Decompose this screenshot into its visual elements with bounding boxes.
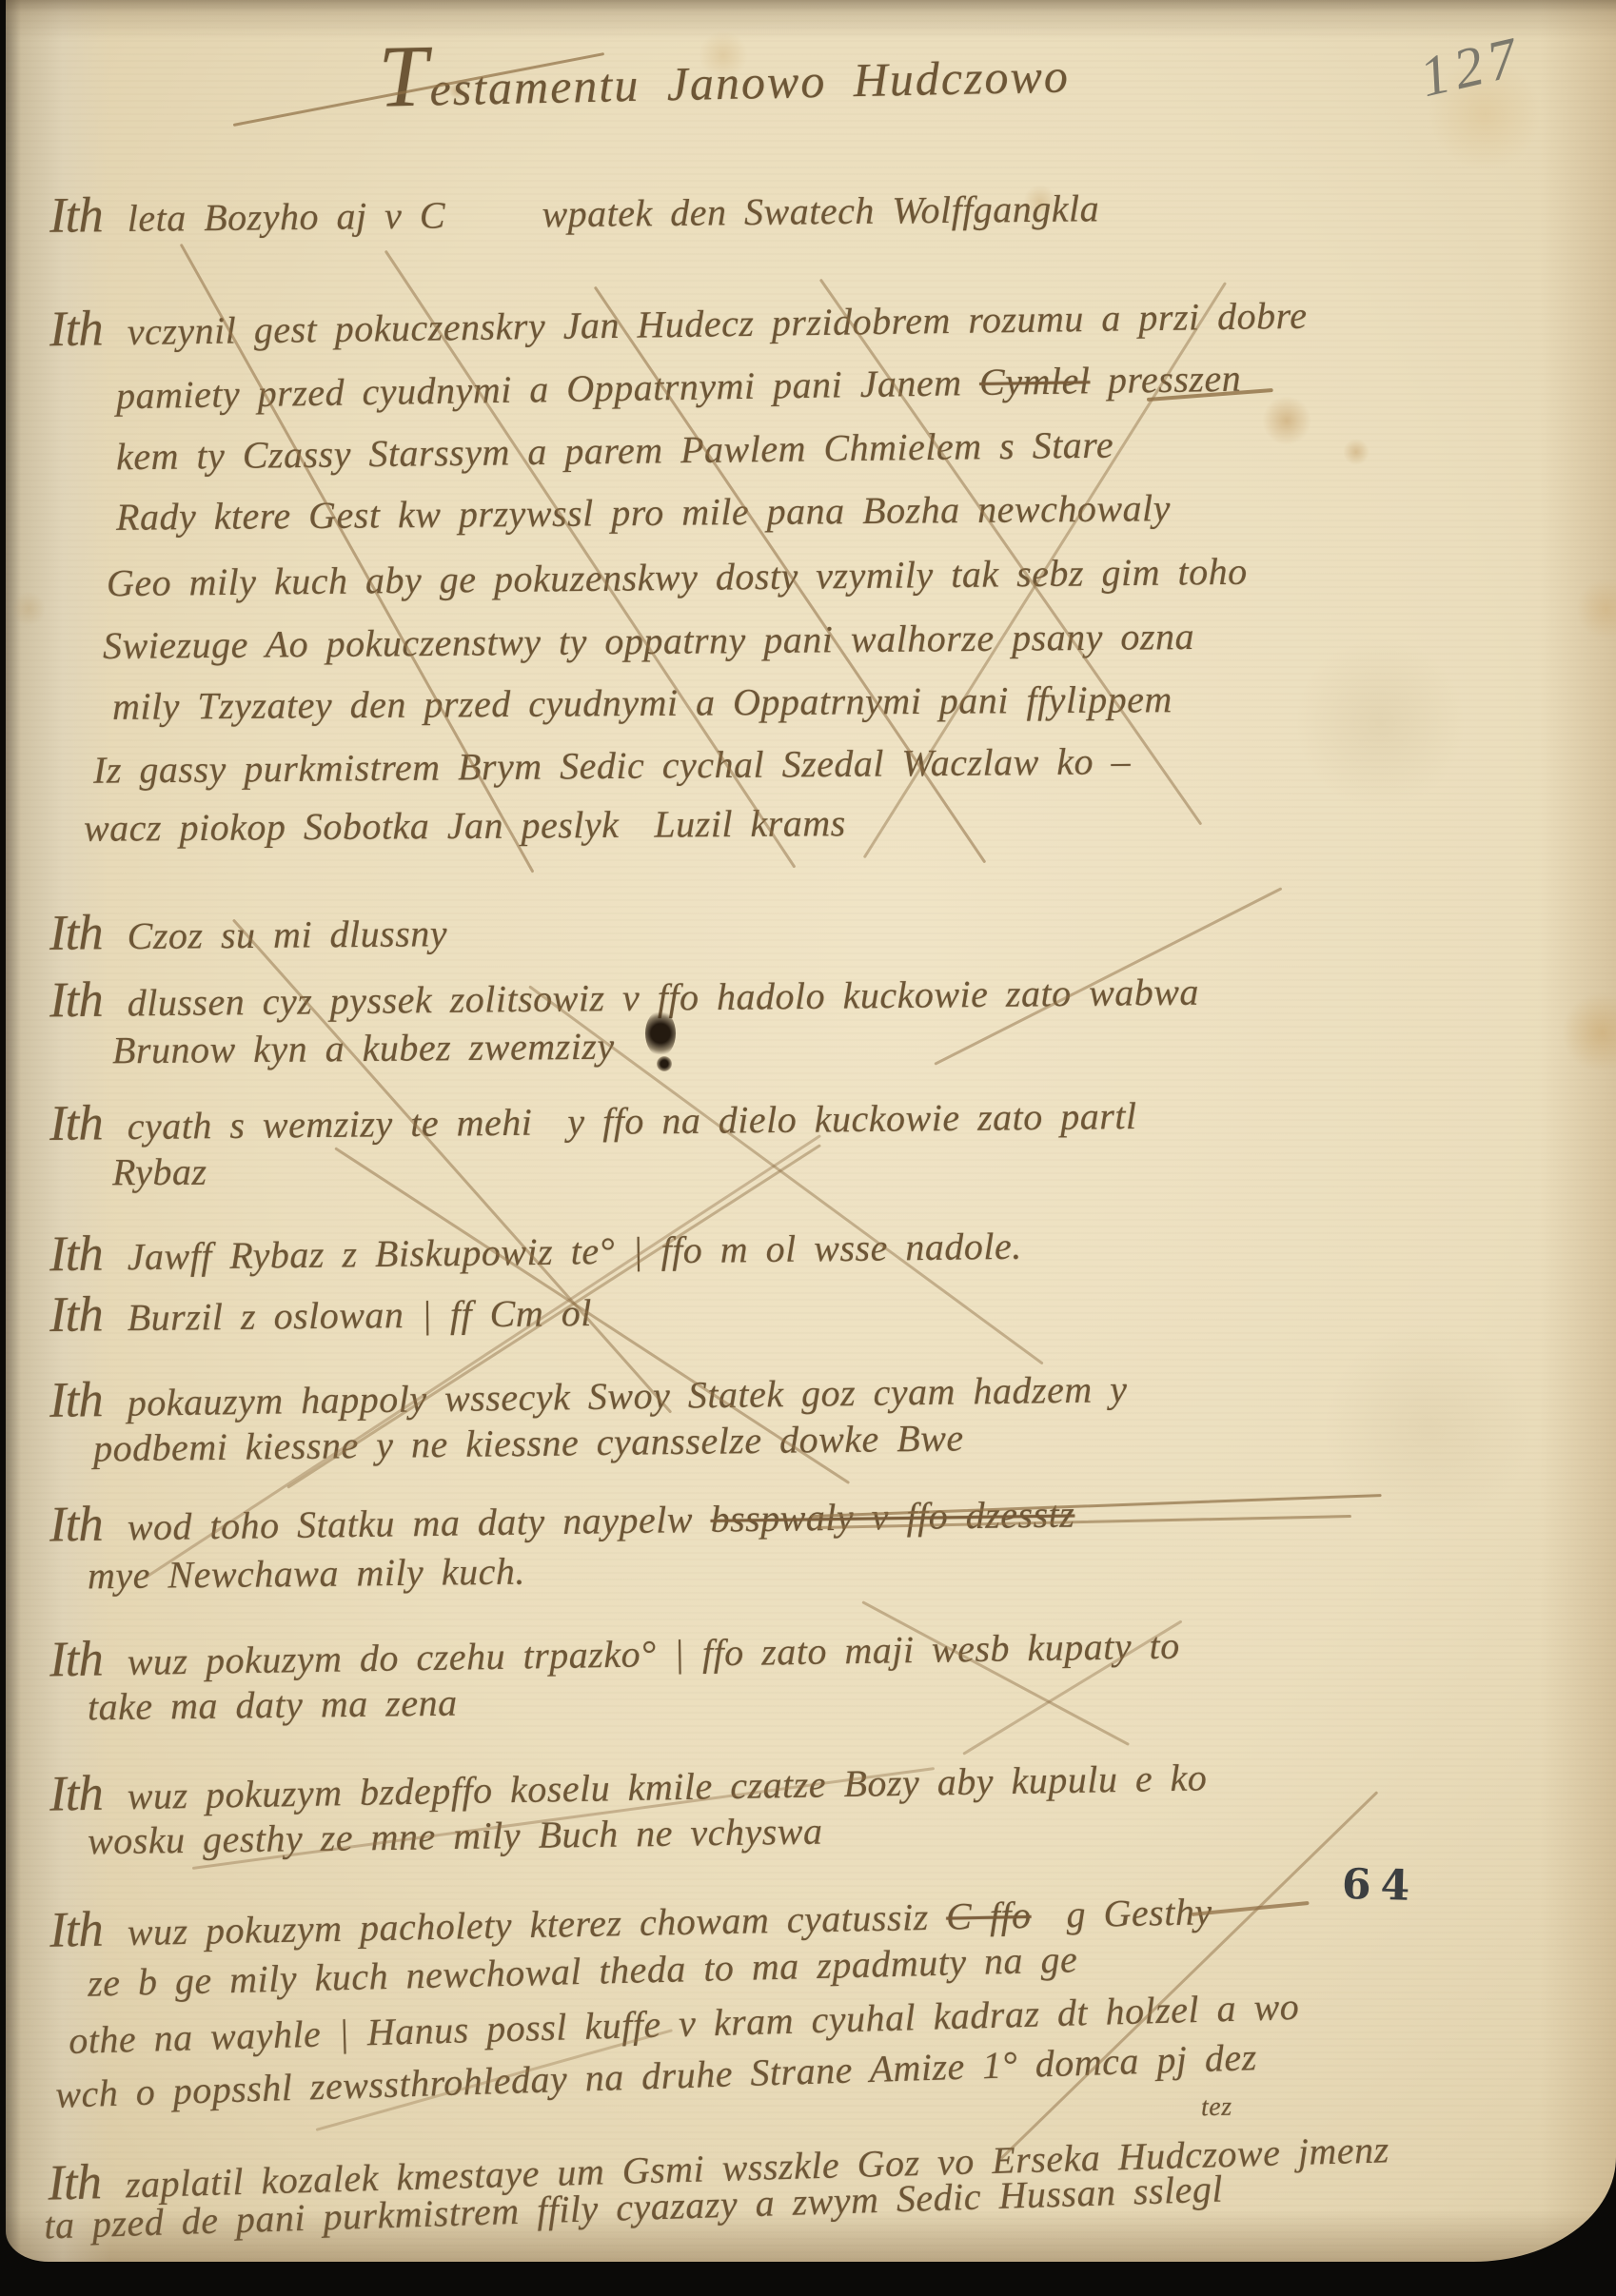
ink-blot <box>657 1056 672 1071</box>
blot-layer <box>0 0 1616 2296</box>
ink-blot <box>645 1011 676 1056</box>
archive-stamp: 64 <box>1341 1860 1420 1911</box>
manuscript-scan: Testamentu Janowo Hudczowo 127 Ithleta B… <box>0 0 1616 2296</box>
